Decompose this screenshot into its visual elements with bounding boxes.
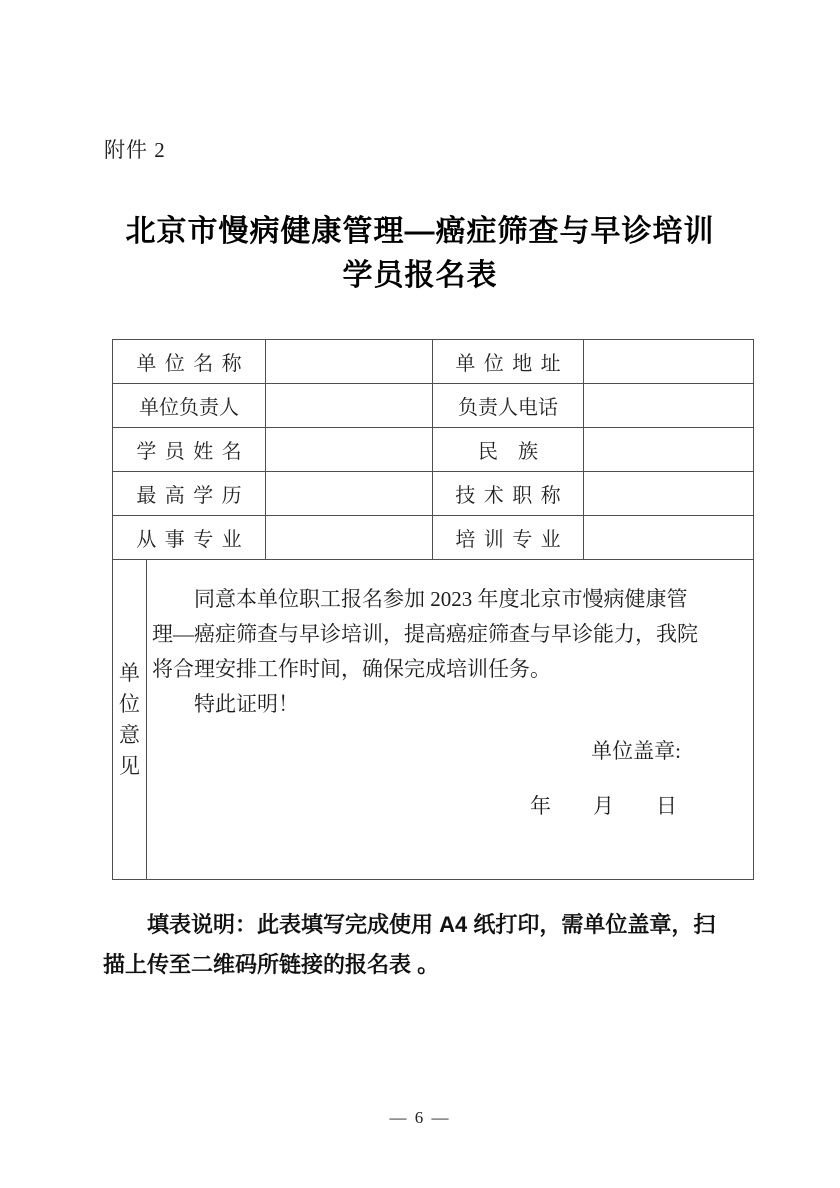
table-row: 学员姓名 民 族 xyxy=(113,428,754,472)
opinion-label-char: 意 xyxy=(119,720,140,751)
field-value-profession xyxy=(266,516,433,560)
document-title-line2: 学员报名表 xyxy=(0,254,840,298)
unit-opinion-wrap: 单 位 意 见 同意本单位职工报名参加 2023 年度北京市慢病健康管 理—癌症… xyxy=(113,560,753,879)
opinion-label-char: 见 xyxy=(119,751,140,782)
field-value-unit-head xyxy=(266,384,433,428)
opinion-body-line: 理—癌症筛查与早诊培训，提高癌症筛查与早诊能力，我院 xyxy=(152,617,745,652)
filling-instructions: 填表说明：此表填写完成使用 A4 纸打印，需单位盖章，扫 描上传至二维码所链接的… xyxy=(103,905,751,985)
registration-form-table: 单位名称 单位地址 单位负责人 负责人电话 学员姓名 民 族 最高学历 技术职称… xyxy=(112,339,754,880)
document-title: 北京市慢病健康管理—癌症筛查与早诊培训 学员报名表 xyxy=(0,210,840,298)
table-row: 单位负责人 负责人电话 xyxy=(113,384,754,428)
filling-instructions-line2: 描上传至二维码所链接的报名表 。 xyxy=(103,945,751,985)
opinion-label-char: 单 xyxy=(119,658,140,689)
field-label-head-phone: 负责人电话 xyxy=(433,384,584,428)
field-value-unit-address xyxy=(584,340,754,384)
field-value-training-major xyxy=(584,516,754,560)
unit-opinion-cell: 单 位 意 见 同意本单位职工报名参加 2023 年度北京市慢病健康管 理—癌症… xyxy=(113,560,754,880)
date-placeholder-line: 年 月 日 xyxy=(152,789,745,824)
attachment-label: 附件 2 xyxy=(104,134,166,164)
filling-instructions-line1: 填表说明：此表填写完成使用 A4 纸打印，需单位盖章，扫 xyxy=(103,905,751,945)
field-label-profession: 从事专业 xyxy=(113,516,266,560)
unit-opinion-vertical-label: 单 位 意 见 xyxy=(113,560,147,879)
field-value-title xyxy=(584,472,754,516)
field-label-unit-head: 单位负责人 xyxy=(113,384,266,428)
document-title-line1: 北京市慢病健康管理—癌症筛查与早诊培训 xyxy=(0,210,840,254)
field-label-title: 技术职称 xyxy=(433,472,584,516)
field-label-student-name: 学员姓名 xyxy=(113,428,266,472)
field-value-head-phone xyxy=(584,384,754,428)
table-row: 从事专业 培训专业 xyxy=(113,516,754,560)
page-number: — 6 — xyxy=(0,1108,840,1128)
opinion-body-line: 同意本单位职工报名参加 2023 年度北京市慢病健康管 xyxy=(152,582,745,617)
table-row: 最高学历 技术职称 xyxy=(113,472,754,516)
field-label-unit-address: 单位地址 xyxy=(433,340,584,384)
opinion-body-line: 将合理安排工作时间，确保完成培训任务。 xyxy=(152,652,745,687)
opinion-label-char: 位 xyxy=(119,689,140,720)
field-value-unit-name xyxy=(266,340,433,384)
field-label-training-major: 培训专业 xyxy=(433,516,584,560)
unit-opinion-content: 同意本单位职工报名参加 2023 年度北京市慢病健康管 理—癌症筛查与早诊培训，… xyxy=(147,560,753,879)
unit-seal-label: 单位盖章: xyxy=(152,734,745,769)
field-label-education: 最高学历 xyxy=(113,472,266,516)
field-label-ethnicity: 民 族 xyxy=(433,428,584,472)
field-value-student-name xyxy=(266,428,433,472)
table-row-opinion: 单 位 意 见 同意本单位职工报名参加 2023 年度北京市慢病健康管 理—癌症… xyxy=(113,560,754,880)
table-row: 单位名称 单位地址 xyxy=(113,340,754,384)
opinion-certify-line: 特此证明！ xyxy=(152,687,745,722)
field-value-ethnicity xyxy=(584,428,754,472)
field-label-unit-name: 单位名称 xyxy=(113,340,266,384)
field-value-education xyxy=(266,472,433,516)
